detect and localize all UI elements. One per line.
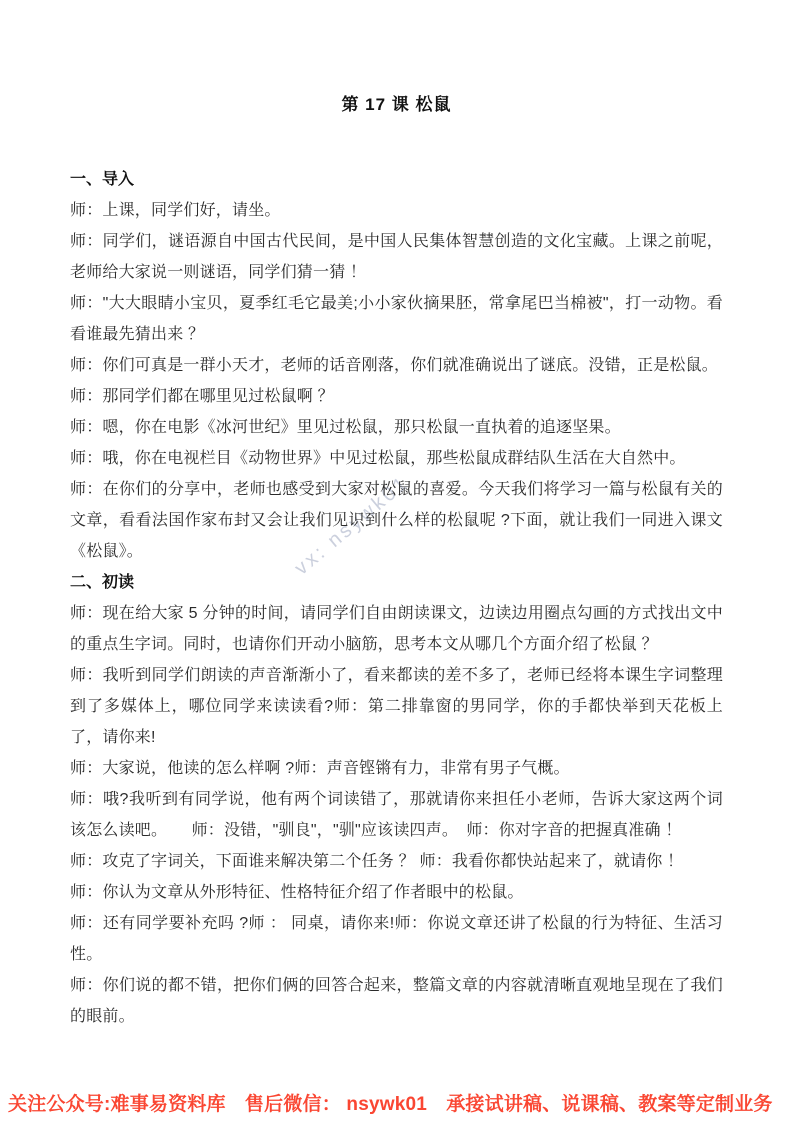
dialogue-line: 师：还有同学要补充吗 ?师 ： 同桌，请你来!师：你说文章还讲了松鼠的行为特征、…: [70, 908, 723, 970]
dialogue-line: 师：现在给大家 5 分钟的时间，请同学们自由朗读课文，边读边用圈点勾画的方式找出…: [70, 598, 723, 660]
dialogue-line: 师：你们说的都不错，把你们俩的回答合起来，整篇文章的内容就清晰直观地呈现在了我们…: [70, 970, 723, 1032]
dialogue-line: 师：在你们的分享中，老师也感受到大家对松鼠的喜爱。今天我们将学习一篇与松鼠有关的…: [70, 474, 723, 567]
dialogue-line: 师：哦，你在电视栏目《动物世界》中见过松鼠，那些松鼠成群结队生活在大自然中。: [70, 443, 723, 474]
dialogue-line: 师：我听到同学们朗读的声音渐渐小了，看来都读的差不多了，老师已经将本课生字词整理…: [70, 660, 723, 753]
dialogue-line: 师：攻克了字词关，下面谁来解决第二个任务 ？ 师：我看你都快站起来了，就请你 ！: [70, 846, 723, 877]
dialogue-line: 师：你们可真是一群小天才，老师的话音刚落，你们就准确说出了谜底。没错，正是松鼠。: [70, 350, 723, 381]
dialogue-line: 师：哦?我听到有同学说，他有两个词读错了，那就请你来担任小老师，告诉大家这两个词…: [70, 784, 723, 846]
page-title: 第 17 课 松鼠: [70, 94, 723, 116]
dialogue-line: 师：上课，同学们好，请坐。: [70, 195, 723, 226]
footer-promo-banner: 关注公众号:难事易资料库 售后微信： nsywk01 承接试讲稿、说课稿、教案等…: [8, 1089, 791, 1116]
document-content: 第 17 课 松鼠 一、导入 师：上课，同学们好，请坐。 师：同学们，谜语源自中…: [70, 94, 723, 1032]
dialogue-line: 师：大家说，他读的怎么样啊 ?师：声音铿锵有力，非常有男子气概。: [70, 753, 723, 784]
dialogue-line: 师：同学们，谜语源自中国古代民间，是中国人民集体智慧创造的文化宝藏。上课之前呢，…: [70, 226, 723, 288]
dialogue-line: 师："大大眼睛小宝贝，夏季红毛它最美;小小家伙摘果胚，常拿尾巴当棉被"，打一动物…: [70, 288, 723, 350]
dialogue-line: 师：那同学们都在哪里见过松鼠啊 ？: [70, 381, 723, 412]
section-heading-intro: 一、导入: [70, 164, 723, 195]
dialogue-line: 师：你认为文章从外形特征、性格特征介绍了作者眼中的松鼠。: [70, 877, 723, 908]
section-heading-first-read: 二、初读: [70, 567, 723, 598]
dialogue-line: 师：嗯，你在电影《冰河世纪》里见过松鼠，那只松鼠一直执着的追逐坚果。: [70, 412, 723, 443]
document-page: vx: nsywk01 第 17 课 松鼠 一、导入 师：上课，同学们好，请坐。…: [0, 0, 793, 1122]
